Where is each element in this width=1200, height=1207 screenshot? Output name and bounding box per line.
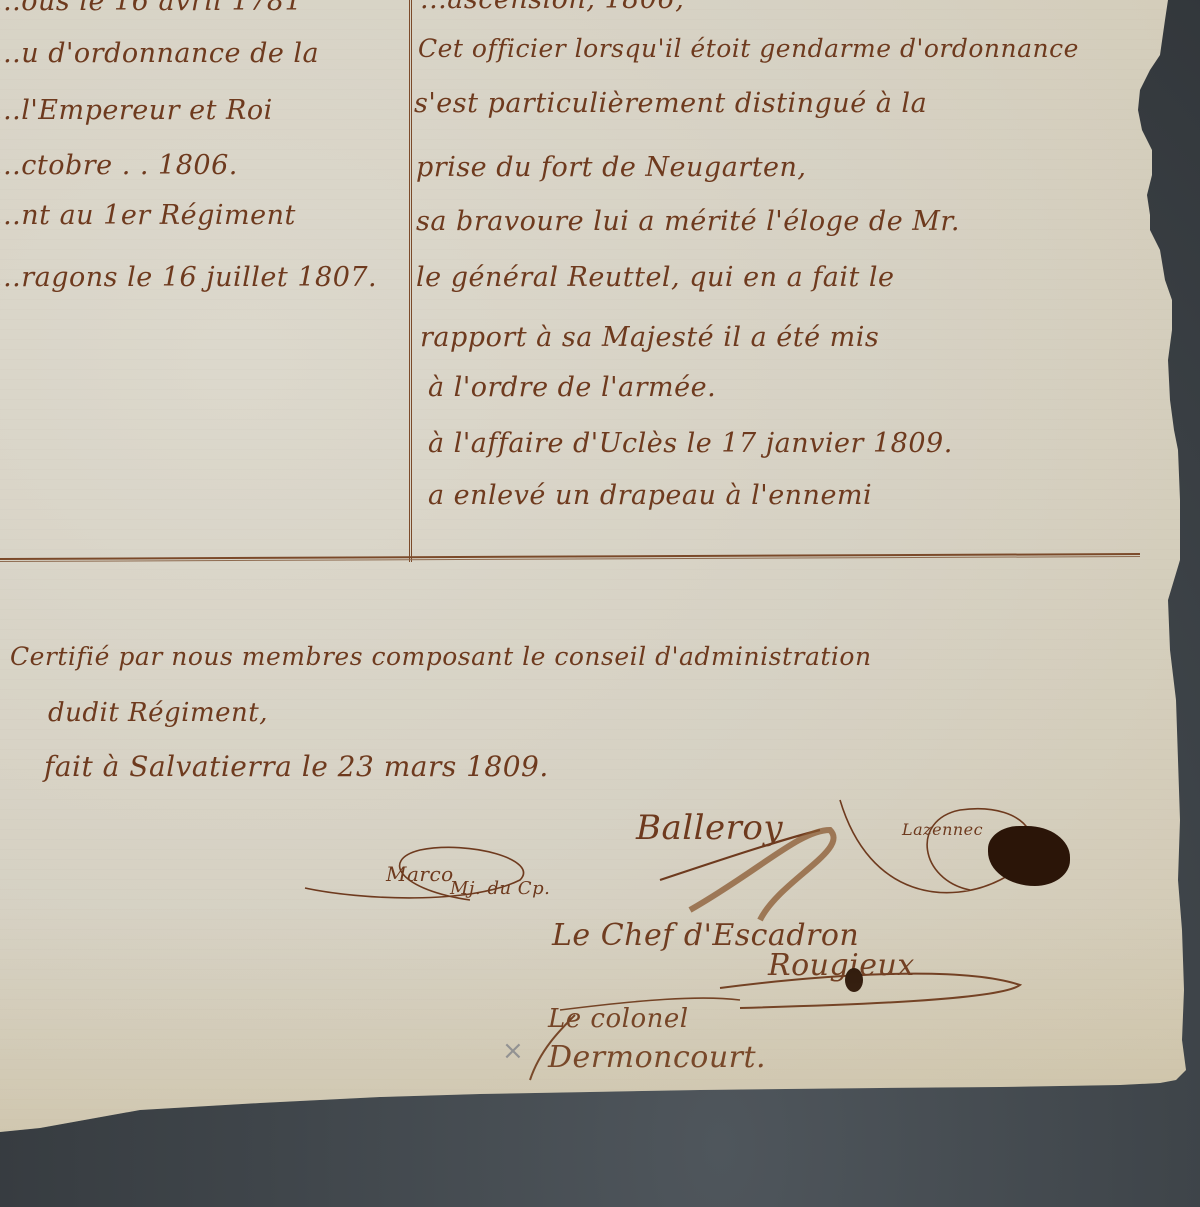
ink-blot: [845, 968, 863, 992]
signature-dermoncourt: Dermoncourt.: [548, 1040, 766, 1075]
right-line: ...ascension, 1806,: [420, 0, 684, 15]
signature-major: Mj. du Cp.: [450, 878, 550, 899]
right-line: s'est particulièrement distingué à la: [414, 88, 927, 119]
right-line: à l'ordre de l'armée.: [428, 372, 716, 403]
right-line: prise du fort de Neugarten,: [416, 152, 807, 183]
signature-lazennec: Lazennec: [902, 820, 983, 839]
pencil-cross-mark: ×: [502, 1036, 524, 1066]
signature-rougieux: Rougieux: [768, 948, 915, 983]
signature-colonel-title: Le colonel: [548, 1004, 689, 1034]
certification-line: fait à Salvatierra le 23 mars 1809.: [44, 750, 549, 783]
right-line: Cet officier lorsqu'il étoit gendarme d'…: [418, 34, 1079, 63]
left-line: ...u d'ordonnance de la: [0, 38, 319, 69]
left-line: ...ous le 16 avril 1781: [0, 0, 302, 17]
right-line: le général Reuttel, qui en a fait le: [416, 262, 895, 293]
right-line: a enlevé un drapeau à l'ennemi: [428, 480, 872, 511]
right-line: rapport à sa Majesté il a été mis: [420, 322, 879, 353]
manuscript-paper: ...ous le 16 avril 1781 ...u d'ordonnanc…: [0, 0, 1200, 1207]
right-line: à l'affaire d'Uclès le 17 janvier 1809.: [428, 428, 953, 459]
left-line: ...l'Empereur et Roi: [0, 95, 273, 126]
left-line: ...ctobre . . 1806.: [0, 150, 238, 181]
left-line: ...nt au 1er Régiment: [0, 200, 296, 231]
document-photo: ...ous le 16 avril 1781 ...u d'ordonnanc…: [0, 0, 1200, 1207]
signature-chef-escadron-title: Le Chef d'Escadron: [552, 918, 859, 953]
left-line: ...ragons le 16 juillet 1807.: [0, 262, 377, 293]
ink-blot: [988, 826, 1070, 886]
certification-line: dudit Régiment,: [48, 698, 268, 728]
signature-balleroy: Balleroy: [636, 808, 783, 848]
column-divider: [409, 0, 412, 562]
signature-flourishes: [0, 0, 1200, 1207]
section-divider: [0, 553, 1140, 562]
certification-line: Certifié par nous membres composant le c…: [10, 642, 872, 671]
signature-marco: Marco: [386, 862, 454, 886]
right-line: sa bravoure lui a mérité l'éloge de Mr.: [416, 206, 960, 237]
